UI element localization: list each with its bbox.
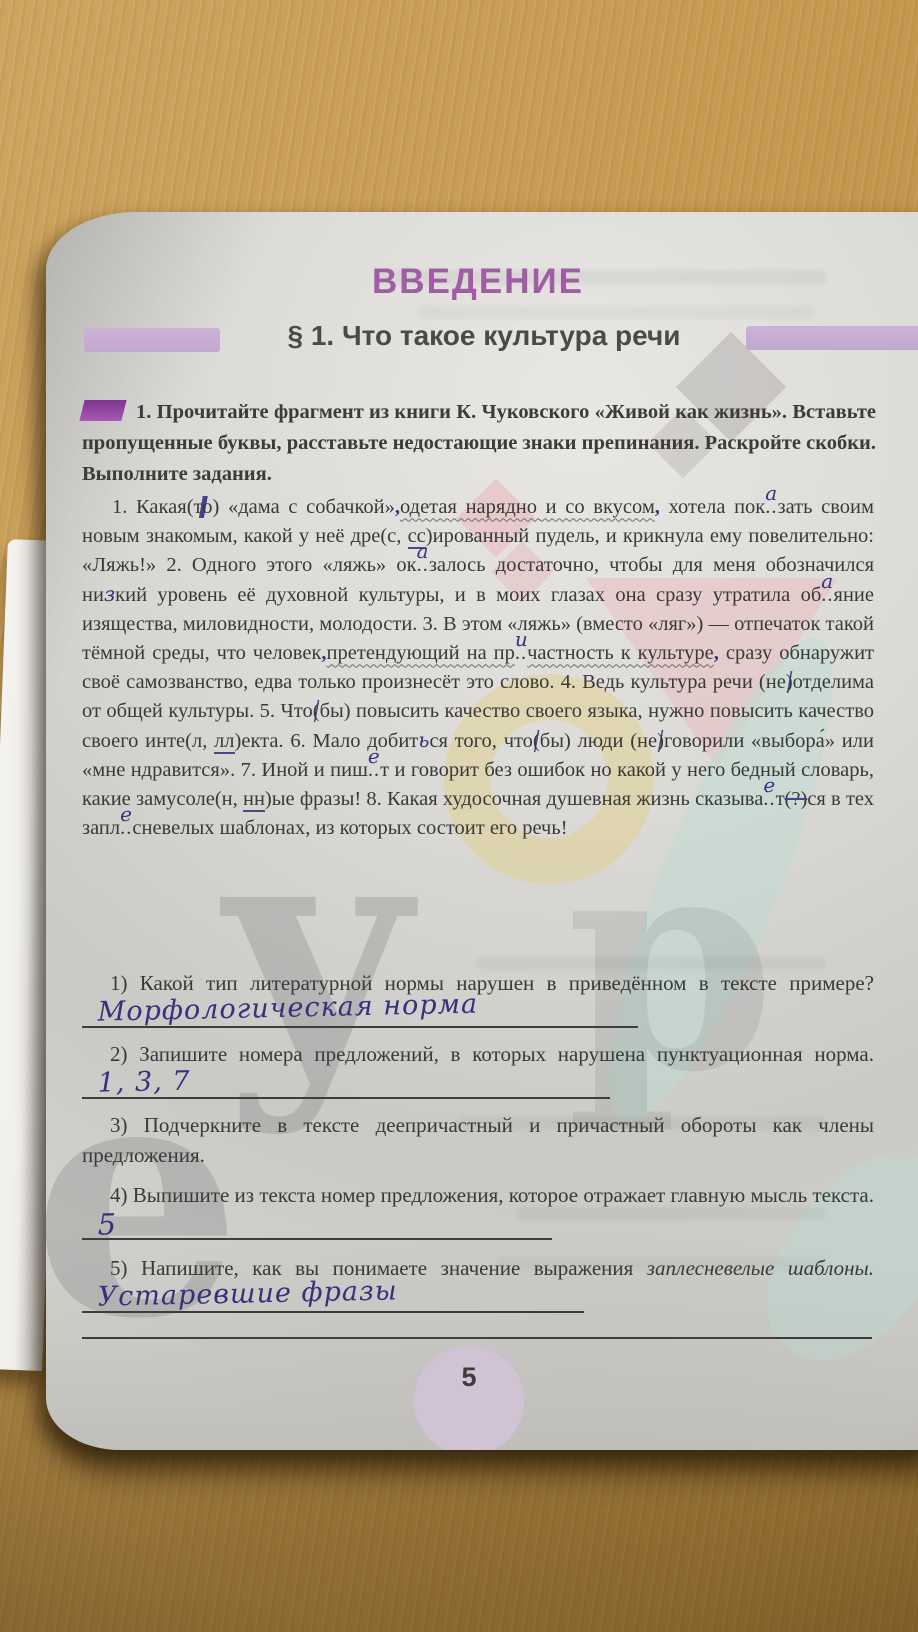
handwritten-insert-letter: ..а — [821, 581, 833, 610]
pen-underlined-letters: нн — [243, 788, 265, 812]
question-text: 4) Выпишите из текста номер предложения,… — [110, 1183, 874, 1207]
answer-line: Устаревшие фразы — [82, 1283, 584, 1313]
printed-text-segment: сневелых шаблонах, из которых состоит ег… — [132, 817, 567, 839]
question-2: 2) Запишите номера предложений, в которы… — [82, 1039, 874, 1100]
show-through-text — [416, 306, 816, 319]
wavy-underlined-phrase: частность к культуре — [527, 642, 714, 664]
printed-text-segment: 1. Какая — [112, 496, 187, 518]
handwritten-answer: 1, 3, 7 — [81, 1067, 190, 1099]
printed-text-segment: )ые фразы! 8. Какая худосочная душевная … — [265, 788, 763, 810]
printed-text-segment: хотела пок — [660, 496, 765, 518]
question-italic-term: заплесневелые шаблоны. — [647, 1256, 874, 1280]
printed-text-segment: )екта. 6. Мало добит — [235, 730, 419, 752]
decorative-bar-right — [746, 326, 918, 350]
question-text: 1) Какой тип литературной нормы нарушен … — [110, 971, 874, 995]
pen-marked-segment: ( — [533, 730, 540, 752]
handwritten-letter: з — [104, 582, 115, 606]
question-1: 1) Какой тип литературной нормы нарушен … — [82, 968, 874, 1029]
pen-underlined-letters: лл — [214, 730, 234, 754]
page-number-badge: 5 — [414, 1346, 524, 1450]
handwritten-insert-letter: ..а — [417, 551, 429, 580]
exercise-marker — [79, 400, 126, 421]
handwritten-insert-letter: ..и — [515, 639, 527, 668]
printed-text-segment: т — [776, 788, 785, 810]
empty-answer-line — [82, 1336, 872, 1339]
handwritten-answer: 5 — [81, 1209, 117, 1240]
answer-line: 1, 3, 7 — [82, 1069, 610, 1099]
question-5: 5) Напишите, как вы понимаете значение в… — [82, 1253, 874, 1314]
printed-text-segment: ся того, что — [429, 730, 533, 752]
printed-text-segment: кий уровень её духовной культуры, и в мо… — [115, 584, 821, 606]
handwritten-letter: ь — [418, 728, 429, 752]
handwritten-insert-letter: ..е — [763, 785, 775, 814]
pen-marked-segment: (то) — [187, 496, 220, 518]
pen-marked-segment: ( — [313, 700, 320, 722]
handwritten-answer: Морфологическая норма — [81, 990, 478, 1028]
question-text: 2) Запишите номера предложений, в которы… — [110, 1042, 874, 1066]
handwritten-answer: Устаревшие фразы — [81, 1276, 398, 1313]
handwritten-insert-letter: ..е — [368, 756, 380, 785]
printed-text-segment: «дама с собачкой» — [219, 496, 395, 518]
pen-marked-segment: ) — [786, 671, 793, 693]
exercise-intro-text: 1. Прочитайте фрагмент из книги К. Чуков… — [82, 401, 876, 485]
answer-line: Морфологическая норма — [82, 998, 638, 1028]
decorative-bar-left — [84, 328, 220, 352]
questions: 1) Какой тип литературной нормы нарушен … — [82, 968, 874, 1339]
exercise-intro: 1. Прочитайте фрагмент из книги К. Чуков… — [82, 397, 876, 490]
exercise-text: 1. Какая(то) «дама с собачкой»,одетая на… — [82, 493, 874, 843]
section-title: § 1. Что такое культура речи — [226, 320, 742, 352]
wavy-underlined-phrase: одетая нарядно и со вкусом — [400, 496, 655, 518]
wavy-underlined-phrase: претендующий на пр — [327, 642, 515, 664]
chapter-title: ВВЕДЕНИЕ — [82, 262, 874, 302]
question-4: 4) Выпишите из текста номер предложения,… — [82, 1180, 874, 1243]
question-text: 3) Подчеркните в тексте деепричастный и … — [82, 1113, 874, 1167]
question-3: 3) Подчеркните в тексте деепричастный и … — [82, 1110, 874, 1170]
answer-line: 5 — [82, 1210, 552, 1240]
handwritten-insert-letter: ..е — [120, 814, 132, 843]
section-heading-row: § 1. Что такое культура речи — [46, 324, 918, 354]
pen-marked-segment: (?) — [785, 788, 808, 810]
printed-text-segment: бы) люди (не — [540, 730, 657, 752]
handwritten-insert-letter: ..а — [765, 493, 777, 522]
workbook-page: е у р ВВЕДЕНИЕ § 1. Что такое культура р… — [46, 212, 918, 1450]
pen-marked-segment: ) — [657, 730, 664, 752]
photo-of-workbook: е у р ВВЕДЕНИЕ § 1. Что такое культура р… — [0, 0, 918, 1632]
page-number: 5 — [461, 1362, 476, 1393]
